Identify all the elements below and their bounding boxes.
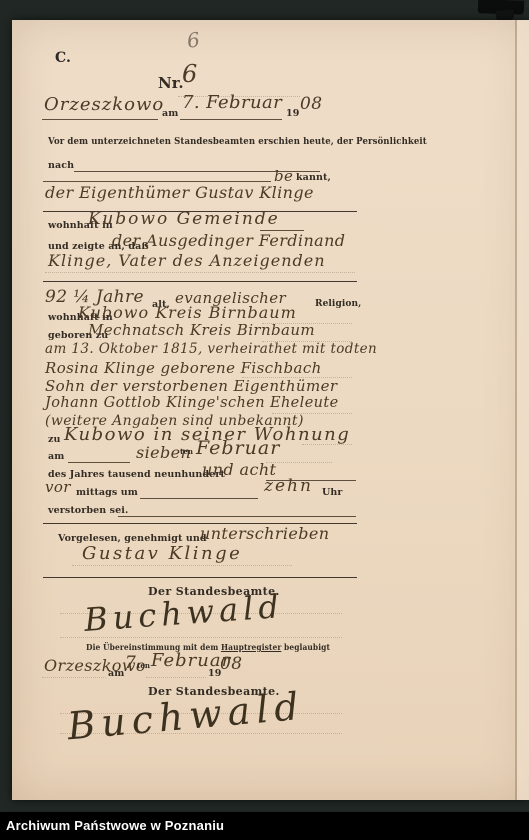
declarant-signature: Gustav Klinge xyxy=(82,543,242,564)
certification-month-guide xyxy=(146,677,206,678)
death-day-blank xyxy=(68,462,130,463)
verstorben-label: verstorben sei. xyxy=(48,505,128,516)
birthplace-entry: Mechnatsch Kreis Birnbaum xyxy=(88,321,315,339)
verstorben-blank xyxy=(118,516,356,517)
death-place-guide xyxy=(302,444,352,445)
section-rule-4 xyxy=(43,577,357,578)
archive-bar: Archiwum Państwowe w Poznaniu xyxy=(0,812,529,840)
religion-label: Religion, xyxy=(315,299,361,309)
parents-entry-line2: Johann Gottlob Klinge'schen Eheleute xyxy=(45,395,339,411)
hour-entry: zehn xyxy=(264,476,313,496)
deceased-guide-line xyxy=(45,272,355,273)
uhr-label: Uhr xyxy=(322,487,343,498)
form-corner-letter: C. xyxy=(55,50,71,66)
archive-label: Archiwum Państwowe w Poznaniu xyxy=(0,812,529,840)
record-number-value: 6 xyxy=(182,60,198,88)
registrar-signature-1: Buchwald xyxy=(83,587,285,639)
adjacent-page-edge xyxy=(517,20,529,800)
mittags-um-label: mittags um xyxy=(76,487,138,498)
ten-suffix-label-1: ten xyxy=(180,447,193,456)
section-rule-2 xyxy=(43,281,357,282)
header-year-printed: 19 xyxy=(286,108,299,119)
vormittags-entry: vor xyxy=(45,478,71,496)
header-date-underline xyxy=(180,119,282,120)
ten-suffix-label-2: ten xyxy=(137,661,150,670)
spouse-entry: Rosina Klinge geborene Fischbach xyxy=(45,359,322,377)
certification-place-guide xyxy=(42,677,106,678)
document-page: C. 6 Nr. 6 Orzeszkowo am 7. Februar 19 0… xyxy=(12,20,529,800)
intro-kannt-label: kannt, xyxy=(296,172,331,183)
death-month-entry: Februar xyxy=(196,437,280,459)
hour-blank xyxy=(140,498,258,499)
certification-day-entry: 7 xyxy=(125,653,136,673)
deceased-entry-line2: Klinge, Vater des Anzeigenden xyxy=(48,251,326,270)
deceased-residence-entry: Kubowo Kreis Birnbaum xyxy=(78,303,297,322)
deceased-entry-line1: der Ausgedinger Ferdinand xyxy=(112,231,345,250)
certification-year-written: 08 xyxy=(220,654,242,674)
declarant-signature-guide xyxy=(72,565,292,566)
parents-entry-line1: Sohn der verstorbenen Eigenthümer xyxy=(45,377,337,395)
birthdate-entry: am 13. Oktober 1815, verheirathet mit to… xyxy=(45,341,377,357)
identity-blank-line-2 xyxy=(43,181,271,182)
certification-post: beglaubigt xyxy=(281,643,330,653)
header-am-label: am xyxy=(162,108,178,119)
zu-label: zu xyxy=(48,434,61,445)
record-number-label: Nr. xyxy=(158,74,184,92)
declarant-entry: der Eigenthümer Gustav Klinge xyxy=(45,183,314,202)
declarant-residence-entry: Kubowo Gemeinde xyxy=(88,209,280,229)
intro-nach-label: nach xyxy=(48,160,74,171)
certification-am-label: am xyxy=(108,668,124,679)
header-place-underline xyxy=(42,119,158,120)
header-year-written: 08 xyxy=(300,94,322,114)
pencil-archive-number: 6 xyxy=(185,27,201,53)
year-phrase-label: des Jahres tausend neunhundert xyxy=(48,469,225,480)
registrar-signature-2: Buchwald xyxy=(66,684,307,749)
unterschrieben-entry: unterschrieben xyxy=(200,524,329,543)
intro-sentence: Vor dem unterzeichneten Standesbeamten e… xyxy=(48,136,427,147)
am-label-2: am xyxy=(48,451,64,462)
header-place-entry: Orzeszkowo xyxy=(44,94,164,115)
header-date-entry: 7. Februar xyxy=(182,92,282,113)
